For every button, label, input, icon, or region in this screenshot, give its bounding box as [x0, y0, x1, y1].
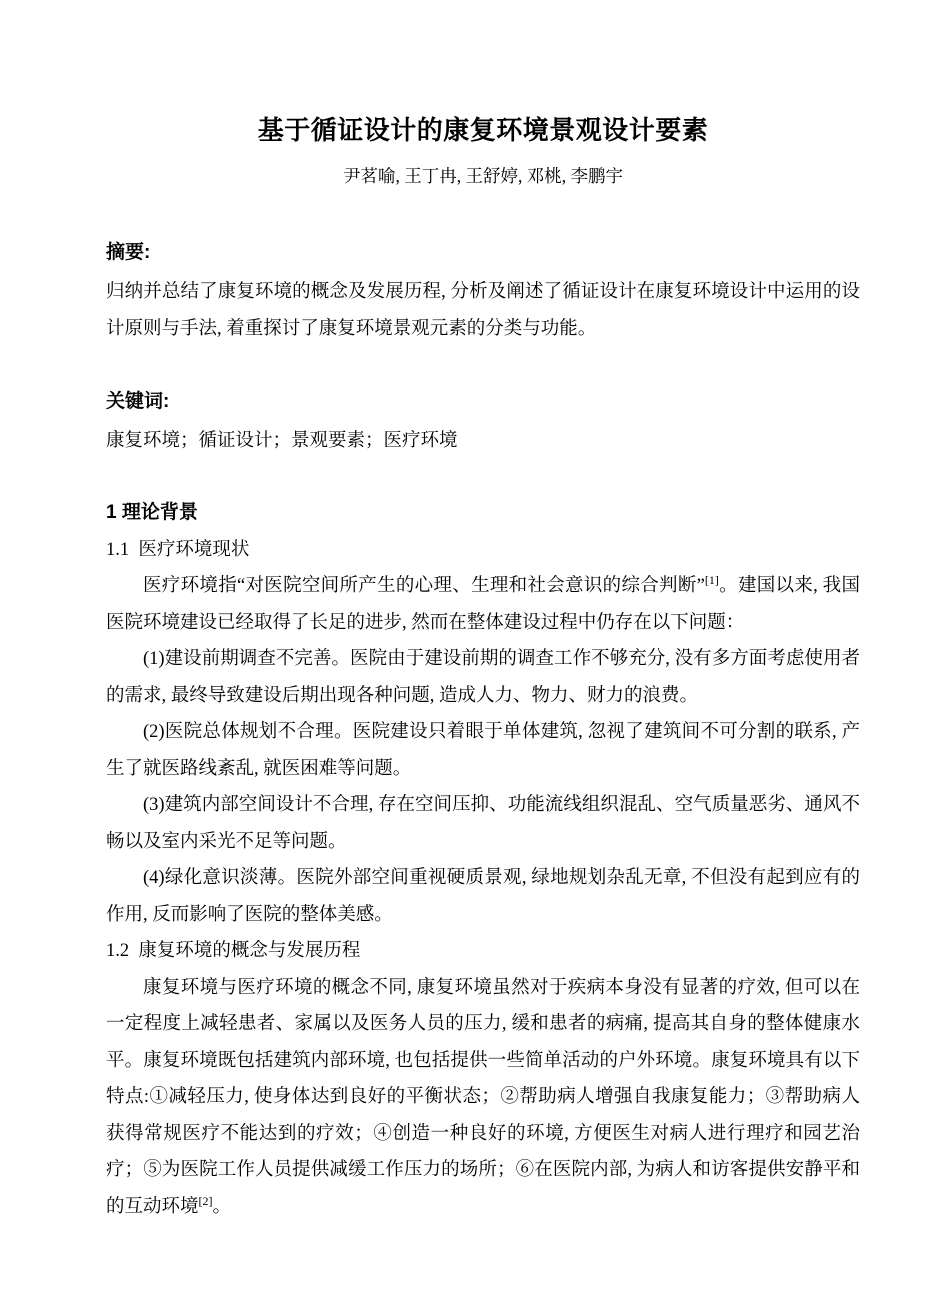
document-page: 基于循证设计的康复环境景观设计要素 尹茗喻, 王丁冉, 王舒婷, 邓桃, 李鹏宇… — [0, 0, 926, 1309]
abstract-text: 归纳并总结了康复环境的概念及发展历程, 分析及阐述了循证设计在康复环境设计中运用… — [106, 274, 860, 347]
list-item-problem-3: (3)建筑内部空间设计不合理, 存在空间压抑、功能流线组织混乱、空气质量恶劣、通… — [106, 787, 860, 860]
abstract-heading: 摘要: — [106, 240, 860, 266]
paragraph-text: 。 — [213, 1197, 232, 1217]
list-item-problem-1: (1)建设前期调查不完善。医院由于建设前期的调查工作不够充分, 没有多方面考虑使… — [106, 641, 860, 714]
paper-title: 基于循证设计的康复环境景观设计要素 — [106, 112, 860, 148]
paragraph-healing-environment: 康复环境与医疗环境的概念不同, 康复环境虽然对于疾病本身没有显著的疗效, 但可以… — [106, 970, 860, 1226]
authors-line: 尹茗喻, 王丁冉, 王舒婷, 邓桃, 李鹏宇 — [106, 164, 860, 188]
paragraph-medical-environment: 医疗环境指“对医院空间所产生的心理、生理和社会意识的综合判断”[1]。建国以来,… — [106, 568, 860, 641]
paragraph-text: 医疗环境指“对医院空间所产生的心理、生理和社会意识的综合判断” — [143, 576, 705, 596]
keywords-heading: 关键词: — [106, 389, 860, 415]
citation-ref-1: [1] — [705, 573, 719, 587]
subsection-1-1-heading: 1.1 医疗环境现状 — [106, 532, 860, 569]
section-1-heading: 1 理论背景 — [106, 500, 860, 526]
subsection-1-2-heading: 1.2 康复环境的概念与发展历程 — [106, 933, 860, 970]
list-item-problem-2: (2)医院总体规划不合理。医院建设只着眼于单体建筑, 忽视了建筑间不可分割的联系… — [106, 714, 860, 787]
list-item-problem-4: (4)绿化意识淡薄。医院外部空间重视硬质景观, 绿地规划杂乱无章, 不但没有起到… — [106, 860, 860, 933]
paragraph-text: 康复环境与医疗环境的概念不同, 康复环境虽然对于疾病本身没有显著的疗效, 但可以… — [106, 978, 860, 1217]
keywords-text: 康复环境；循证设计；景观要素；医疗环境 — [106, 423, 860, 460]
citation-ref-2: [2] — [199, 1193, 213, 1207]
